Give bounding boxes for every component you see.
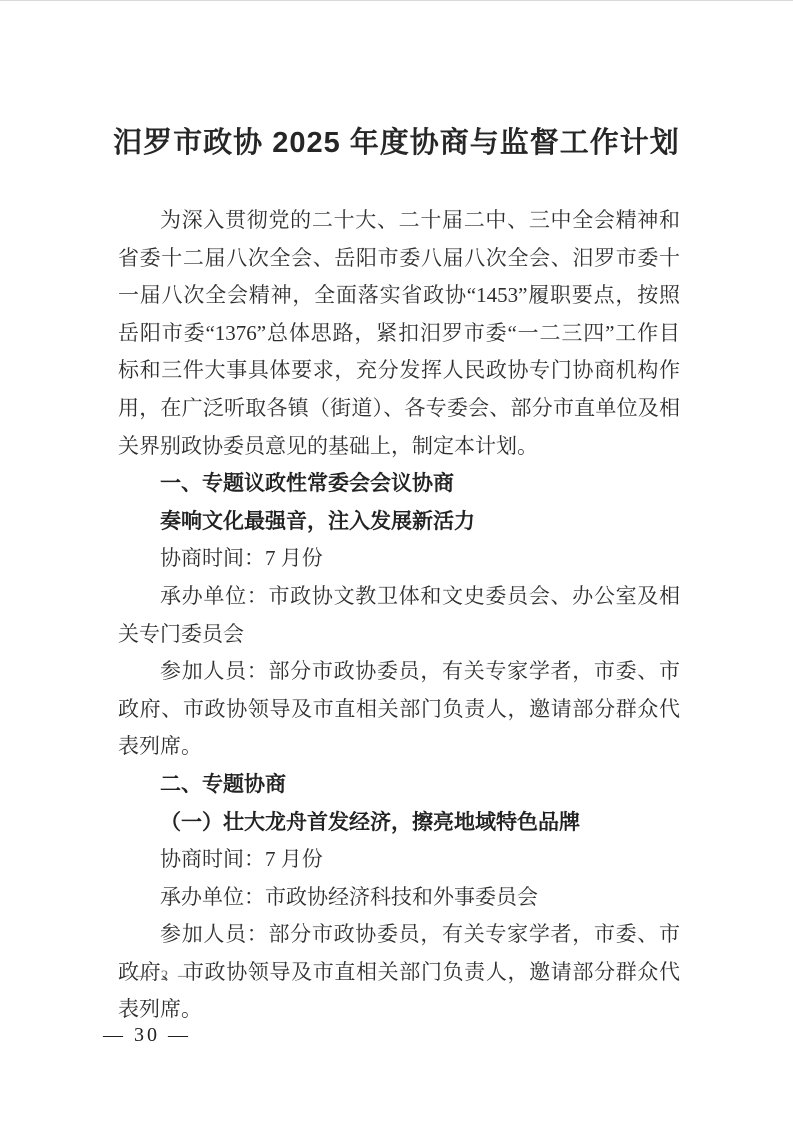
scan-edge-line — [0, 0, 793, 1]
document-page-number: — 2 — — [136, 968, 196, 985]
intro-paragraph: 为深入贯彻党的二十大、二十届二中、三中全会精神和省委十二届八次全会、岳阳市委八届… — [118, 202, 680, 465]
section-1-topic-title: 奏响文化最强音，注入发展新活力 — [118, 503, 680, 541]
section-2-heading: 二、专题协商 — [118, 766, 680, 804]
section-1-topic-participants: 参加人员：部分市政协委员，有关专家学者，市委、市政府、市政协领导及市直相关部门负… — [118, 653, 680, 766]
section-1-heading: 一、专题议政性常委会会议协商 — [118, 465, 680, 503]
section-1-topic-organizer: 承办单位：市政协文教卫体和文史委员会、办公室及相关专门委员会 — [118, 578, 680, 653]
scan-page-number: — 30 — — [103, 1024, 191, 1047]
section-1-topic-time: 协商时间：7 月份 — [118, 540, 680, 578]
section-2-topic-time: 协商时间：7 月份 — [118, 841, 680, 879]
page-title: 汨罗市政协 2025 年度协商与监督工作计划 — [0, 120, 793, 161]
section-2-topic-title: （一）壮大龙舟首发经济，擦亮地域特色品牌 — [118, 804, 680, 842]
document-page: 汨罗市政协 2025 年度协商与监督工作计划 为深入贯彻党的二十大、二十届二中、… — [0, 0, 793, 1122]
section-2-topic-participants: 参加人员：部分市政协委员，有关专家学者，市委、市政府、市政协领导及市直相关部门负… — [118, 916, 680, 1029]
document-body: 为深入贯彻党的二十大、二十届二中、三中全会精神和省委十二届八次全会、岳阳市委八届… — [118, 202, 680, 1029]
section-2-topic-organizer: 承办单位：市政协经济科技和外事委员会 — [118, 879, 680, 917]
